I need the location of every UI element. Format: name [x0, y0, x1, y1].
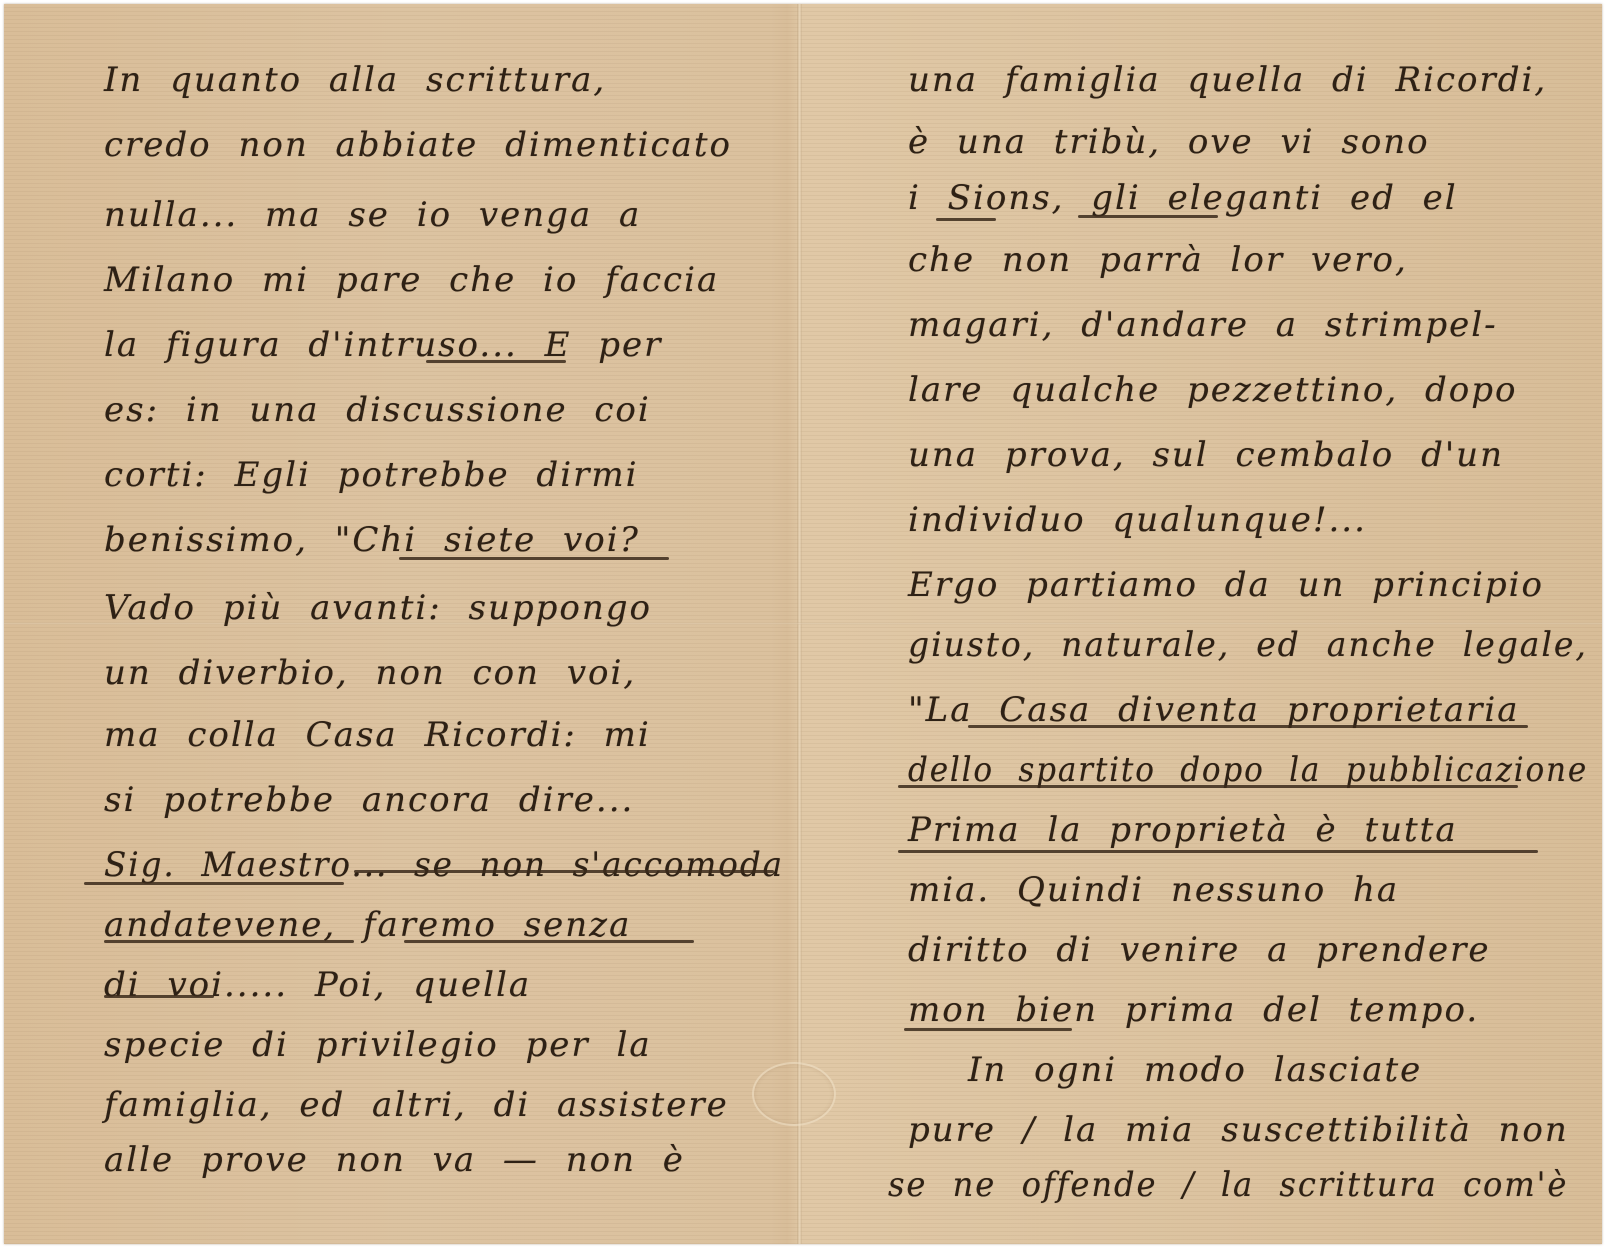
underline-faremo-senza [404, 940, 694, 943]
left-line-6: es: in una discussione coi [104, 390, 651, 430]
right-line-6: lare qualche pezzettino, dopo [908, 370, 1518, 410]
right-line-9: Ergo partiamo da un principio [908, 565, 1544, 605]
right-line-8: individuo qualunque!... [908, 500, 1367, 540]
right-line-4: che non parrà lor vero, [908, 240, 1408, 280]
underline-mon-bien [904, 1028, 1072, 1031]
underline-di-voi [104, 995, 214, 998]
left-line-3: nulla... ma se io venga a [104, 195, 641, 235]
underline-eleganti [1078, 215, 1218, 218]
underline-la-casa-diventa [968, 725, 1528, 728]
right-line-18: pure / la mia suscettibilità non [908, 1110, 1569, 1150]
left-line-2: credo non abbiate dimenticato [104, 125, 732, 165]
left-line-8: benissimo, "Chi siete voi? [104, 520, 640, 560]
left-line-12: si potrebbe ancora dire... [104, 780, 634, 820]
underline-prima-la-proprieta [898, 850, 1538, 853]
left-line-14: andatevene, faremo senza [104, 905, 631, 945]
left-line-16: specie di privilegio per la [104, 1025, 652, 1065]
left-line-18: alle prove non va — non è [104, 1140, 685, 1180]
left-line-7: corti: Egli potrebbe dirmi [104, 455, 638, 495]
right-line-7: una prova, sul cembalo d'un [908, 435, 1504, 475]
left-line-5: la figura d'intruso... E per [104, 325, 662, 365]
right-line-10: giusto, naturale, ed anche legale, [908, 625, 1588, 665]
right-line-11: "La Casa diventa proprietaria [908, 690, 1520, 730]
embossed-stamp [752, 1062, 836, 1126]
underline-sig-maestro [84, 882, 344, 885]
right-line-13: Prima la proprietà è tutta [908, 810, 1458, 850]
left-line-17: famiglia, ed altri, di assistere [104, 1085, 729, 1125]
underline-dello-spartito [898, 785, 1518, 788]
left-line-9: Vado più avanti: suppongo [104, 588, 652, 628]
left-line-11: ma colla Casa Ricordi: mi [104, 715, 651, 755]
left-line-1: In quanto alla scrittura, [104, 60, 606, 100]
underline-andatevene [104, 940, 354, 943]
right-line-16: mon bien prima del tempo. [908, 990, 1479, 1030]
underline-chi-siete-voi [399, 557, 669, 560]
right-line-12: dello spartito dopo la pubblicazione [908, 750, 1588, 790]
underline-sions [936, 218, 996, 221]
right-line-3: i Sions, gli eleganti ed el [908, 178, 1458, 218]
underline-intruso [426, 360, 566, 363]
right-line-15: diritto di venire a prendere [908, 930, 1490, 970]
right-line-5: magari, d'andare a strimpel- [908, 305, 1498, 345]
right-line-14: mia. Quindi nessuno ha [908, 870, 1399, 910]
left-line-13: Sig. Maestro... se non s'accomoda [104, 845, 784, 885]
right-line-17: In ogni modo lasciate [968, 1050, 1422, 1090]
left-line-4: Milano mi pare che io faccia [104, 260, 719, 300]
left-line-15: di voi..... Poi, quella [104, 965, 531, 1005]
underline-non-s-accomoda [354, 870, 774, 873]
left-line-10: un diverbio, non con voi, [104, 653, 636, 693]
right-line-1: una famiglia quella di Ricordi, [908, 60, 1547, 100]
right-line-19: se ne offende / la scrittura com'è [888, 1165, 1568, 1205]
right-line-2: è una tribù, ove vi sono [908, 122, 1430, 162]
